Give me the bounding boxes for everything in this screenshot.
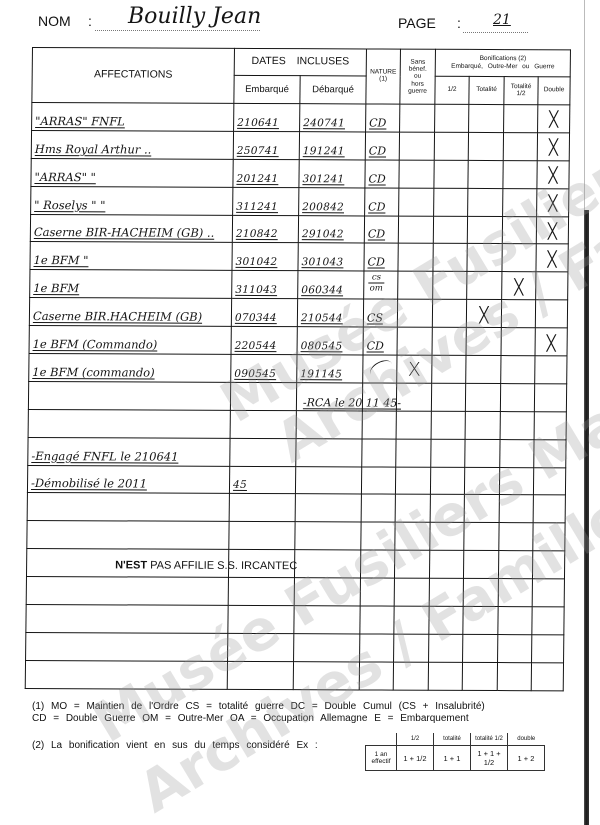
cell-bonif-double [532,635,564,663]
cell-affectation: Hms Royal Arthur .. [31,130,233,159]
cell-bonif-totalite-demi [504,105,538,133]
sans-benef-line: ou [414,73,421,80]
cell-bonif-double [534,412,566,440]
cell-bonif-totalite-demi [501,328,535,356]
cell-bonif-totalite: ╳ [466,300,501,328]
cell-debarque: 200842 [299,187,365,215]
cell-bonif-totalite [462,662,497,690]
cell-bonif-totalite [467,216,502,244]
cell-bonif-double [535,356,567,384]
cell-embarque [227,661,293,689]
col-affectations: AFFECTATIONS [32,48,235,104]
cell-nature: csom [364,271,398,299]
cell-affectation [26,605,228,634]
cell-bonif-totalite [465,411,500,439]
cell-bonif-demi [433,272,467,300]
col-debarque: Débarqué [300,76,366,104]
cell-bonif-totalite [468,188,503,216]
col-sans-benef: Sans bénef. ou hors guerre [400,49,436,104]
nature-code: CS [367,312,383,325]
cell-nature [361,522,395,550]
cell-debarque: 240741 [300,104,366,132]
cell-bonif-totalite-demi [498,607,532,635]
cell-nature: CS [363,299,397,327]
nature-top: cs [372,273,381,283]
cell-bonif-demi [429,634,463,662]
cell-bonif-demi [435,104,469,132]
cell-embarque [228,550,294,578]
cell-debarque [294,578,360,606]
sans-benef-line: Sans [410,59,425,66]
page-label: PAGE [398,15,436,31]
bonifications-subtitle: Embarqué, Outre-Mer ou Guerre [451,63,554,70]
table-row [25,660,563,690]
affectation-text: Hms Royal Arthur .. [35,142,152,157]
nature-code: CD [369,144,386,157]
cell-affectation [25,660,227,689]
nature-bottom: om [370,284,383,294]
cell-embarque [230,438,296,466]
table-row [26,605,564,635]
table-row: Hms Royal Arthur ..250741191241CD╳ [31,130,569,160]
cell-bonif-double [531,663,563,691]
table-row: 1e BFM311043060344csom╳ [30,270,568,300]
cell-nature [360,606,394,634]
check-x-icon: ╳ [547,334,556,352]
embarque-date: 45 [233,479,247,491]
assignments-table: AFFECTATIONS DATES INCLUSES NATURE (1) S… [25,47,570,691]
cell-bonif-double [535,300,567,328]
cell-sans-benef: X [397,355,432,383]
cell-bonif-totalite-demi [503,160,537,188]
affectation-text: Caserne BIR-HACHEIM (GB) .. [34,225,215,240]
check-x-icon: X [408,359,421,381]
table-row: -Démobilisé le 201145 [27,465,565,495]
cell-affectation: -Démobilisé le 2011 [27,465,229,494]
debarque-date: 210544 [301,312,343,324]
cell-bonif-demi [434,160,468,188]
embarque-date: 210842 [236,228,278,240]
cell-embarque [229,522,295,550]
cell-bonif-totalite [467,244,502,272]
cell-nature [360,634,394,662]
check-x-icon: ╳ [548,194,557,212]
cell-bonif-double [532,607,564,635]
cell-bonif-totalite-demi [501,300,535,328]
table-row: " Roselys " "311241200842CD╳ [31,186,569,216]
cell-bonif-double [533,495,565,523]
cell-embarque: 090545 [231,354,297,382]
example-value: 1 + 1 [434,746,471,771]
embarque-date: 250741 [237,145,279,157]
table-row [26,632,564,662]
cell-embarque [228,578,294,606]
table-row: 1e BFM (commando)090545191145X [29,354,567,384]
col-dates-incluses: DATES INCLUSES [234,48,366,76]
cell-bonif-totalite-demi [500,383,534,411]
debarque-date: 301241 [302,173,344,185]
cell-bonif-demi [430,467,464,495]
cell-sans-benef [397,327,432,355]
totalite-demi-line: 1/2 [516,90,525,97]
cell-affectation [26,632,228,661]
debarque-date: 240741 [303,117,345,129]
debarque-date: 060344 [301,284,343,296]
cell-nature: CD [364,216,398,244]
embarque-date: 311241 [236,200,278,212]
cell-debarque [294,606,360,634]
nom-dotted-line [95,30,260,31]
cell-bonif-totalite-demi [498,579,532,607]
affectation-text: " Roselys " " [34,198,105,212]
cell-bonif-totalite [465,383,500,411]
bonifications-title: Bonifications (2) [480,55,527,62]
cell-sans-benef [398,244,433,272]
cell-debarque: -RCA le 20 11 45- [296,383,362,411]
table-row: "ARRAS" FNFL210641240741CD╳ [32,103,570,133]
cell-nature: CD [365,160,399,188]
affectation-text: "ARRAS" " [34,170,96,184]
col-bonif-demi: 1/2 [435,76,469,104]
nom-value: Bouilly Jean [128,4,261,29]
nature-code: CD [368,256,385,269]
check-x-icon: ╳ [548,250,557,268]
cell-bonif-demi [431,411,465,439]
dash-stroke-icon [367,357,395,381]
debarque-date: 080545 [301,340,343,352]
cell-nature [363,355,397,383]
nature-code: CD [368,172,385,185]
service-record-page: NOM : Bouilly Jean PAGE : 21 AFFECTATION… [0,0,600,825]
cell-sans-benef [394,634,429,662]
example-header: totalité [434,733,471,746]
cell-bonif-double [532,551,564,579]
cell-affectation: -Engagé FNFL le 210641 [28,437,230,466]
cell-nature: CD [365,188,399,216]
debarque-date: 301043 [301,257,343,269]
cell-debarque [295,494,361,522]
cell-sans-benef [397,299,432,327]
nature-fraction: csom [368,273,384,294]
cell-nature: CD [363,327,397,355]
nature-code: CD [368,228,385,241]
cell-embarque: 220544 [231,327,297,355]
nature-code: CD [368,200,385,213]
cell-nature: CD [366,104,400,132]
cell-sans-benef [395,522,430,550]
cell-debarque: 301241 [299,159,365,187]
cell-bonif-demi [432,327,466,355]
col-nature: NATURE (1) [366,49,401,104]
cell-bonif-demi [431,383,465,411]
cell-bonif-demi [429,551,463,579]
example-value: 1 + 1/2 [397,746,434,771]
embarque-date: 301042 [235,256,277,268]
bonification-example-table: 1/2 totalité totalité 1/2 double 1 an ef… [365,733,545,771]
cell-embarque [228,633,294,661]
cell-affectation [28,409,230,438]
cell-affectation: 1e BFM [30,270,232,299]
cell-bonif-totalite-demi [501,356,535,384]
col-bonif-totalite: Totalité [469,76,504,104]
check-x-icon: ╳ [514,278,523,296]
cell-nature [361,467,395,495]
cell-debarque: 210544 [297,299,363,327]
row-label-line: effectif [371,758,390,765]
cell-sans-benef [396,439,431,467]
check-x-icon: ╳ [549,111,558,129]
cell-affectation: "ARRAS" " [31,158,233,187]
cell-nature [360,550,394,578]
nom-colon: : [88,13,92,29]
cell-affectation: "ARRAS" FNFL [32,103,234,132]
cell-bonif-totalite-demi [502,216,536,244]
cell-affectation: 1e BFM " [30,242,232,271]
cell-affectation [27,493,229,522]
footnote-2: (2) La bonification vient en sus du temp… [32,740,318,751]
col-bonif-double: Double [538,77,570,105]
cell-bonif-double: ╳ [537,133,569,161]
table-row: 1e BFM "301042301043CD╳ [30,242,568,272]
affectation-text: 1e BFM (Commando) [33,337,158,352]
cell-bonif-totalite-demi [497,662,531,690]
cell-bonif-totalite-demi [499,467,533,495]
scan-edge-light [584,0,585,210]
cell-nature [362,383,396,411]
cell-debarque: 080545 [297,327,363,355]
cell-sans-benef [395,495,430,523]
cell-nature [359,662,393,690]
cell-debarque [295,522,361,550]
sans-benef-line: hors [411,80,424,87]
cell-bonif-totalite [465,439,500,467]
row-label-line: 1 an [375,751,388,758]
cell-embarque: 45 [229,466,295,494]
embarque-date: 070344 [235,312,277,324]
table-row [27,493,565,523]
cell-bonif-totalite [469,104,504,132]
cell-bonif-totalite [468,160,503,188]
cell-embarque [230,410,296,438]
affectation-text: -Démobilisé le 2011 [31,476,147,491]
cell-debarque [294,550,360,578]
cell-sans-benef [394,578,429,606]
cell-affectation: N'EST PAS AFFILIE S.S. IRCANTEC [26,549,228,578]
cell-bonif-demi [429,606,463,634]
cell-bonif-totalite [463,551,498,579]
table-row: -RCA le 20 11 45- [28,381,566,411]
cell-debarque: 060344 [298,271,364,299]
cell-sans-benef [400,104,435,132]
table-row: "ARRAS" "201241301241CD╳ [31,158,569,188]
footnote-1-line-2: CD = Double Guerre OM = Outre-Mer OA = O… [32,713,469,724]
cell-bonif-totalite [463,634,498,662]
cell-embarque: 070344 [231,299,297,327]
cell-bonif-demi [431,439,465,467]
cell-bonif-totalite-demi [500,411,534,439]
cell-bonif-double [536,272,568,300]
cell-bonif-totalite-demi [498,634,532,662]
cell-sans-benef [393,662,428,690]
check-x-icon: ╳ [549,138,558,156]
col-bonifications: Bonifications (2) Embarqué, Outre-Mer ou… [435,49,570,77]
cell-affectation: Caserne BIR.HACHEIM (GB) [29,298,231,327]
cell-embarque [228,605,294,633]
cell-bonif-totalite-demi [502,244,536,272]
cell-embarque: 311043 [232,271,298,299]
check-x-icon: ╳ [548,222,557,240]
cell-bonif-totalite [464,495,499,523]
cell-bonif-double [533,523,565,551]
cell-sans-benef [394,606,429,634]
cell-bonif-double: ╳ [537,188,569,216]
embarque-date: 220544 [235,340,277,352]
table-row [27,521,565,551]
page-colon: : [457,15,461,31]
cell-debarque [296,410,362,438]
cell-nature [361,494,395,522]
sans-benef-line: guerre [408,87,427,94]
cell-bonif-totalite [463,579,498,607]
example-header: 1/2 [397,733,434,746]
example-header: double [508,733,545,746]
cell-embarque: 210842 [232,215,298,243]
cell-bonif-demi [433,244,467,272]
cell-debarque: 301043 [298,243,364,271]
check-x-icon: ╳ [479,306,488,324]
cell-bonif-demi [433,216,467,244]
affectation-text: Caserne BIR.HACHEIM (GB) [33,309,202,324]
cell-bonif-demi [430,523,464,551]
cell-debarque: 291042 [298,215,364,243]
cell-affectation: " Roselys " " [31,186,233,215]
debarque-date: 200842 [302,201,344,213]
cell-affectation: 1e BFM (commando) [29,354,231,383]
cell-bonif-double: ╳ [536,216,568,244]
cell-bonif-demi [429,578,463,606]
nature-code: CD [367,339,384,352]
affectation-text: -Engagé FNFL le 210641 [31,449,178,464]
cell-bonif-demi [432,299,466,327]
nature-note: (1) [379,76,387,83]
cell-nature [362,411,396,439]
cell-bonif-totalite-demi [503,132,537,160]
cell-sans-benef [396,383,431,411]
scan-edge-dark [584,210,589,825]
page-value: 21 [493,12,511,28]
cell-sans-benef [398,216,433,244]
cell-sans-benef [396,411,431,439]
example-row-label: 1 an effectif [366,746,397,771]
nature-code: CD [369,116,386,129]
example-corner [366,733,397,746]
cell-embarque: 311241 [233,187,299,215]
cell-bonif-totalite [468,132,503,160]
cell-bonif-totalite-demi [503,188,537,216]
col-bonif-totalite-demi: Totalité 1/2 [504,77,538,105]
cell-affectation [27,521,229,550]
cell-bonif-totalite-demi: ╳ [502,272,536,300]
cell-bonif-double: ╳ [535,328,567,356]
cell-embarque: 210641 [234,103,300,131]
cell-bonif-demi [432,355,466,383]
cell-bonif-totalite-demi [499,495,533,523]
cell-affectation [26,577,228,606]
debarque-date: 191145 [300,368,342,380]
cell-debarque: 191241 [299,132,365,160]
cell-bonif-totalite [466,328,501,356]
cell-sans-benef [399,132,434,160]
cell-bonif-double: ╳ [538,105,570,133]
cell-bonif-totalite [464,523,499,551]
cell-bonif-double [532,579,564,607]
cell-bonif-demi [430,495,464,523]
cell-bonif-totalite-demi [500,439,534,467]
check-x-icon: ╳ [548,166,557,184]
cell-bonif-totalite-demi [498,551,532,579]
cell-nature [360,578,394,606]
cell-bonif-double [533,467,565,495]
cell-bonif-demi [428,662,462,690]
cell-debarque [293,661,359,689]
cell-bonif-totalite-demi [499,523,533,551]
embarque-date: 311043 [235,284,277,296]
cell-embarque: 250741 [233,131,299,159]
affectation-text: 1e BFM [33,281,79,295]
cell-bonif-totalite [467,272,502,300]
cell-bonif-double [534,439,566,467]
col-embarque: Embarqué [234,75,300,103]
cell-debarque [296,438,362,466]
affectation-text: 1e BFM " [34,253,89,267]
cell-embarque [229,494,295,522]
cell-sans-benef [398,271,433,299]
page-dotted-line [463,32,528,33]
footnote-1-line-1: (1) MO = Maintien de l'Ordre CS = totali… [32,701,485,712]
debarque-date: 291042 [302,229,344,241]
cell-embarque: 201241 [233,159,299,187]
cell-bonif-demi [434,132,468,160]
cell-nature: CD [364,243,398,271]
cell-embarque [230,382,296,410]
affectation-text: "ARRAS" FNFL [35,114,125,128]
example-value: 1 + 1 + 1/2 [471,746,508,771]
example-value: 1 + 2 [508,746,545,771]
table-row: 1e BFM (Commando)220544080545CD╳ [29,326,567,356]
table-row: N'EST PAS AFFILIE S.S. IRCANTEC [26,549,564,579]
nom-label: NOM [38,13,71,29]
cell-nature [362,439,396,467]
cell-embarque: 301042 [232,243,298,271]
cell-debarque [295,466,361,494]
cell-bonif-totalite [464,467,499,495]
cell-debarque: 191145 [297,355,363,383]
cell-bonif-totalite [463,606,498,634]
stamp-bold: N'EST [115,560,147,572]
cell-bonif-demi [434,188,468,216]
cell-sans-benef [399,160,434,188]
table-row: Caserne BIR.HACHEIM (GB)070344210544CS╳ [29,298,567,328]
cell-bonif-double: ╳ [536,244,568,272]
cell-sans-benef [394,550,429,578]
debarque-date: 191241 [303,145,345,157]
sans-benef-line: bénef. [409,66,427,73]
affectation-text: 1e BFM (commando) [32,365,154,380]
table-row: Caserne BIR-HACHEIM (GB) ..210842291042C… [30,214,568,244]
cell-sans-benef [399,188,434,216]
cell-bonif-totalite [466,355,501,383]
cell-nature: CD [365,132,399,160]
